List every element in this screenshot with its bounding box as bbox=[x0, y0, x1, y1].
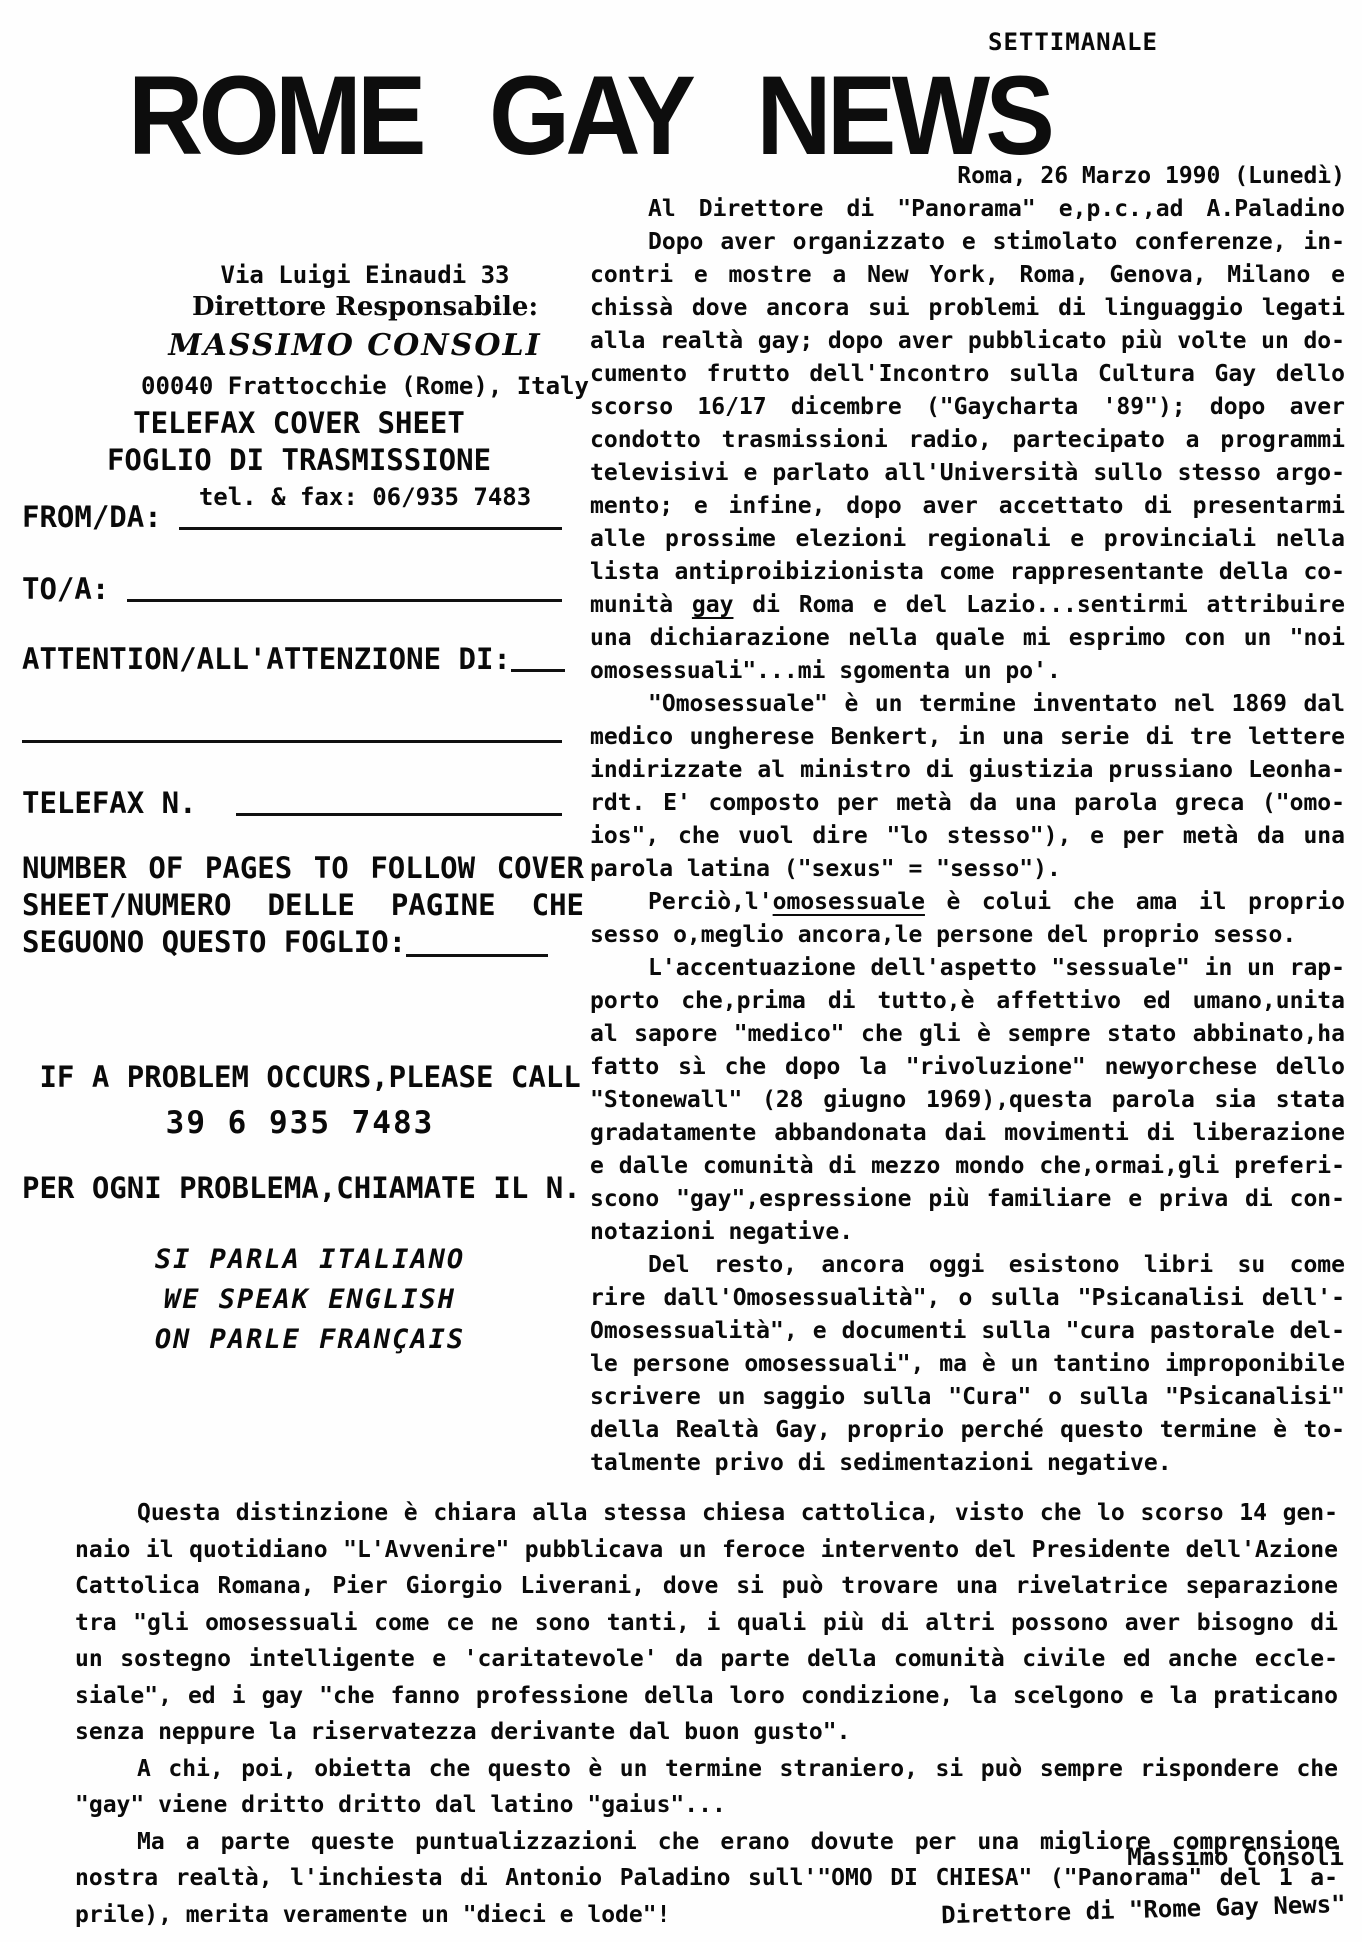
to-field: TO/A: bbox=[22, 572, 562, 606]
signature-name: Massimo Consoli bbox=[1127, 1843, 1344, 1871]
pages-label-line: NUMBER OF PAGES TO FOLLOW COVER bbox=[22, 850, 584, 887]
attention-label: ATTENTION/ALL'ATTENZIONE DI: bbox=[22, 642, 511, 676]
attention-blank-line bbox=[511, 669, 565, 672]
text-line: una dichiarazione nella quale mi esprimo… bbox=[590, 622, 1345, 655]
text-line: Dopo aver organizzato e stimolato confer… bbox=[590, 226, 1345, 259]
text-line: contri e mostre a New York, Roma, Genova… bbox=[590, 259, 1345, 292]
text-line: della Realtà Gay, proprio perché questo … bbox=[590, 1414, 1345, 1447]
text-line: al sapore "medico" che gli è sempre stat… bbox=[590, 1018, 1345, 1051]
attention-field: ATTENTION/ALL'ATTENZIONE DI: bbox=[22, 642, 562, 676]
weekly-label: SETTIMANALE bbox=[988, 28, 1158, 56]
text-line: munità gay di Roma e del Lazio...sentirm… bbox=[590, 589, 1345, 622]
to-label: TO/A: bbox=[22, 572, 127, 606]
text-line: "Stonewall" (28 giugno 1969),questa paro… bbox=[590, 1084, 1345, 1117]
text-line: alla realtà gay; dopo aver pubblicato pi… bbox=[590, 325, 1345, 358]
text-line: cumento frutto dell'Incontro sulla Cultu… bbox=[590, 358, 1345, 391]
attention-continuation-line bbox=[22, 712, 562, 743]
language-line: WE SPEAK ENGLISH bbox=[30, 1280, 590, 1320]
language-line: SI PARLA ITALIANO bbox=[30, 1240, 590, 1280]
text-line: Del resto, ancora oggi esistono libri su… bbox=[590, 1249, 1345, 1282]
address-line: 00040 Frattocchie (Rome), Italy bbox=[85, 368, 645, 405]
fax-cover-page: SETTIMANALE ROME GAY NEWS Via Luigi Eina… bbox=[0, 0, 1362, 1942]
pages-label-line: SHEET/NUMERO DELLE PAGINE CHE bbox=[22, 887, 584, 924]
text-line: e dalle comunità di mezzo mondo che,orma… bbox=[590, 1150, 1345, 1183]
problem-line: IF A PROBLEM OCCURS,PLEASE CALL bbox=[22, 1059, 602, 1096]
phone-number: 39 6 935 7483 bbox=[20, 1105, 580, 1141]
text-line: condotto trasmissioni radio, partecipato… bbox=[590, 424, 1345, 457]
director-label: Direttore Responsabile: bbox=[85, 292, 645, 322]
text-line: fatto sì che dopo la "rivoluzione" newyo… bbox=[590, 1051, 1345, 1084]
from-blank-line bbox=[179, 527, 562, 530]
text-line: senza neppure la riservatezza derivante … bbox=[75, 1714, 1338, 1751]
text-line: Perciò,l'omosessuale è colui che ama il … bbox=[590, 886, 1345, 919]
text-line: medico ungherese Benkert, in una serie d… bbox=[590, 721, 1345, 754]
underlined-word: gay bbox=[692, 592, 734, 618]
languages-block: SI PARLA ITALIANO WE SPEAK ENGLISH ON PA… bbox=[30, 1240, 590, 1360]
text-line: scorso 16/17 dicembre ("Gaycharta '89");… bbox=[590, 391, 1345, 424]
from-field: FROM/DA: bbox=[22, 500, 562, 534]
text-line: notazioni negative. bbox=[590, 1216, 1345, 1249]
text-line: A chi, poi, obietta che questo è un term… bbox=[75, 1751, 1338, 1788]
text-line: scono "gay",espressione più familiare e … bbox=[590, 1183, 1345, 1216]
from-label: FROM/DA: bbox=[22, 500, 179, 534]
text-line: siale", ed i gay "che fanno professione … bbox=[75, 1678, 1338, 1715]
text-line: talmente privo di sedimentazioni negativ… bbox=[590, 1447, 1345, 1480]
letter-column: Roma, 26 Marzo 1990 (Lunedì)Al Direttore… bbox=[590, 160, 1345, 1480]
cover-sheet-heading-it: FOGLIO DI TRASMISSIONE bbox=[18, 442, 580, 479]
problem-line: PER OGNI PROBLEMA,CHIAMATE IL N. bbox=[22, 1170, 602, 1207]
pages-blank-line bbox=[406, 954, 548, 957]
text-line: Cattolica Romana, Pier Giorgio Liverani,… bbox=[75, 1568, 1338, 1605]
text-line: Al Direttore di "Panorama" e,p.c.,ad A.P… bbox=[590, 193, 1345, 226]
telefax-number-field: TELEFAX N. bbox=[22, 786, 562, 820]
page-title: ROME GAY NEWS bbox=[128, 64, 1050, 168]
text-line: Omosessualità", e documenti sulla "cura … bbox=[590, 1315, 1345, 1348]
text-line: Questa distinzione è chiara alla stessa … bbox=[75, 1495, 1338, 1532]
text-line: televisivi e parlato all'Università sull… bbox=[590, 457, 1345, 490]
text-line: mento; e infine, dopo aver accettato di … bbox=[590, 490, 1345, 523]
pages-label-end: SEGUONO QUESTO FOGLIO: bbox=[22, 924, 406, 961]
address-line: Via Luigi Einaudi 33 bbox=[85, 257, 645, 294]
director-name: MASSIMO CONSOLI bbox=[85, 328, 625, 363]
text-line: rire dall'Omosessualità", o sulla "Psica… bbox=[590, 1282, 1345, 1315]
text-line: ios", che vuol dire "lo stesso"), e per … bbox=[590, 820, 1345, 853]
text-line: "Omosessuale" è un termine inventato nel… bbox=[590, 688, 1345, 721]
text-line: parola latina ("sexus" = "sesso"). bbox=[590, 853, 1345, 886]
cover-sheet-heading: TELEFAX COVER SHEET FOGLIO DI TRASMISSIO… bbox=[18, 405, 580, 479]
text-line: L'accentuazione dell'aspetto "sessuale" … bbox=[590, 952, 1345, 985]
text-line: porto che,prima di tutto,è affettivo ed … bbox=[590, 985, 1345, 1018]
text-line: sesso o,meglio ancora,le persone del pro… bbox=[590, 919, 1345, 952]
text-line: tra "gli omosessuali come ce ne sono tan… bbox=[75, 1605, 1338, 1642]
text-line: alle prossime elezioni regionali e provi… bbox=[590, 523, 1345, 556]
text-line: lista antiproibizionista come rappresent… bbox=[590, 556, 1345, 589]
text-line: le persone omosessuali", ma è un tantino… bbox=[590, 1348, 1345, 1381]
text-line: gradatamente abbandonata dai movimenti d… bbox=[590, 1117, 1345, 1150]
text-line: "gay" viene dritto dritto dal latino "ga… bbox=[75, 1787, 1338, 1824]
text-line: chissà dove ancora sui problemi di lingu… bbox=[590, 292, 1345, 325]
text-line: un sostegno intelligente e 'caritatevole… bbox=[75, 1641, 1338, 1678]
telefax-blank-line bbox=[236, 813, 562, 816]
text-line: omosessuali"...mi sgomenta un po'. bbox=[590, 655, 1345, 688]
language-line: ON PARLE FRANÇAIS bbox=[30, 1320, 590, 1360]
text-line: naio il quotidiano "L'Avvenire" pubblica… bbox=[75, 1532, 1338, 1569]
cover-sheet-heading-en: TELEFAX COVER SHEET bbox=[18, 405, 580, 442]
to-blank-line bbox=[127, 599, 562, 602]
telefax-number-label: TELEFAX N. bbox=[22, 786, 214, 820]
pages-field: NUMBER OF PAGES TO FOLLOW COVER SHEET/NU… bbox=[22, 850, 584, 961]
text-line: rdt. E' composto per metà da una parola … bbox=[590, 787, 1345, 820]
pages-label-line: SEGUONO QUESTO FOGLIO: bbox=[22, 924, 584, 961]
underlined-word: omosessuale bbox=[773, 889, 925, 915]
text-line: scrivere un saggio sulla "Cura" o sulla … bbox=[590, 1381, 1345, 1414]
text-line: indirizzate al ministro di giustizia pru… bbox=[590, 754, 1345, 787]
text-line: Roma, 26 Marzo 1990 (Lunedì) bbox=[590, 160, 1345, 193]
